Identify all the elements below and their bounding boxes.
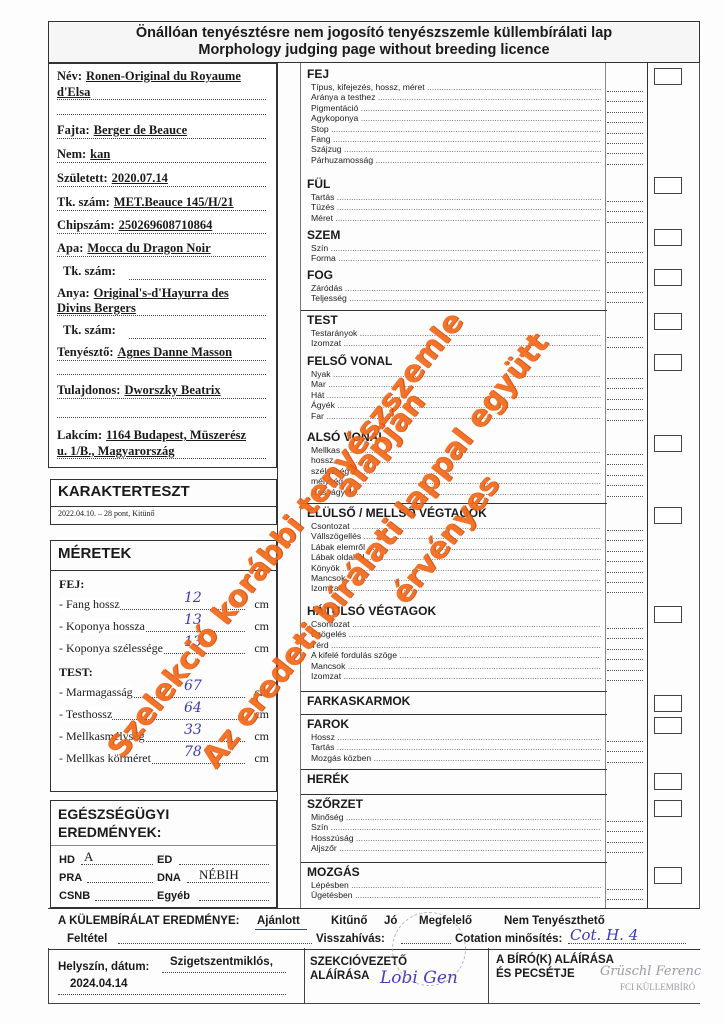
dotted-line [57, 458, 266, 459]
criterion-row: Izomzat [311, 671, 601, 681]
criterion-score-field[interactable] [607, 530, 643, 531]
section-divider [301, 691, 607, 692]
section-title: FEJ [307, 67, 329, 81]
criterion-row: Mancsok [311, 661, 601, 671]
criterion-row: Aljszőr [311, 843, 601, 853]
criterion-score-field[interactable] [607, 262, 643, 263]
criterion-row: Szín [311, 822, 601, 832]
address-field-line2: u. 1/B., Magyarország [57, 444, 266, 459]
criterion-row: Nyak [311, 369, 601, 379]
section-title: FAROK [307, 717, 349, 731]
dotted-line [57, 99, 266, 100]
criterion-row: Mozgás közben [311, 753, 601, 763]
criterion-score-field[interactable] [607, 464, 643, 465]
criterion-score-field[interactable] [607, 831, 643, 832]
birth-date-field: Született:2020.07.14 [57, 171, 266, 186]
criterion-score-field[interactable] [607, 399, 643, 400]
section-title: MOZGÁS [307, 865, 360, 879]
criterion-score-field[interactable] [607, 302, 643, 303]
criterion-score-field[interactable] [607, 122, 643, 123]
divider [488, 948, 489, 1004]
dotted-line [57, 210, 266, 211]
criterion-row: Fang [311, 134, 601, 144]
section-divider [301, 714, 607, 715]
name-field-line2: d'Elsa [57, 85, 266, 100]
criterion-row: Ágyék [311, 400, 601, 410]
measurement-label: - Marmagasság [59, 685, 133, 699]
criterion-score-field[interactable] [607, 454, 643, 455]
criterion-row: Tartás [311, 742, 601, 752]
result-option-recommended[interactable]: Ajánlott [257, 915, 300, 927]
character-test-panel: KARAKTERTESZT 2022.04.10. – 28 pont, Kit… [50, 479, 277, 525]
criterion-score-field[interactable] [607, 638, 643, 639]
measurement-unit: cm [254, 729, 269, 744]
section-score-box[interactable] [654, 269, 682, 286]
judge-signature-label: A BÍRÓ(K) ALÁÍRÁSA [496, 954, 614, 966]
section-title: FARKASKARMOK [307, 694, 410, 708]
dotted-line [58, 994, 286, 995]
character-test-title: KARAKTERTESZT [58, 483, 190, 500]
criterion-score-field[interactable] [607, 222, 643, 223]
signature-band: Helyszín, dátum: Szigetszentmiklós, 2024… [48, 948, 700, 1004]
registration-field: Tk. szám:MET.Beauce 145/H/21 [57, 195, 266, 210]
cotation-value: Cot. H. 4 [570, 926, 638, 944]
result-option-excellent[interactable]: Kitűnő [331, 915, 367, 927]
criterion-score-field[interactable] [607, 164, 643, 165]
sex-field: Nem:kan [57, 147, 266, 162]
criterion-row: Pigmentáció [311, 103, 601, 113]
section-score-box[interactable] [654, 606, 682, 623]
section-divider [301, 862, 607, 863]
divider [51, 845, 276, 846]
dotted-line [57, 256, 266, 257]
criterion-score-field[interactable] [607, 659, 643, 660]
criterion-score-field[interactable] [607, 496, 643, 497]
hd-result: A [84, 849, 93, 865]
criterion-row: Mar [311, 379, 601, 389]
dotted-line [87, 882, 153, 883]
club-stamp [392, 912, 466, 986]
criterion-score-field[interactable] [607, 628, 643, 629]
criterion-score-field[interactable] [607, 388, 643, 389]
criterion-score-field[interactable] [607, 409, 643, 410]
address-field: Lakcím:1164 Budapest, Müszerész [57, 428, 266, 443]
condition-label: Feltétel [67, 933, 107, 945]
criterion-score-field[interactable] [607, 292, 643, 293]
section-title: SZŐRZET [307, 797, 363, 811]
dotted-line [57, 114, 266, 115]
divider [48, 948, 49, 1004]
section-score-box[interactable] [654, 773, 682, 790]
head-measurements-label: FEJ: [59, 577, 84, 592]
criterion-score-field[interactable] [607, 572, 643, 573]
section-leader-label-2: ALÁÍRÁSA [310, 970, 369, 982]
sire-field: Apa:Mocca du Dragon Noir [57, 241, 266, 256]
criterion-row: Minőség [311, 812, 601, 822]
dam-registration-field: Tk. szám: [63, 323, 266, 338]
criterion-score-field[interactable] [607, 420, 643, 421]
section-score-box[interactable] [654, 229, 682, 246]
dotted-line [57, 374, 266, 375]
dam-field-line2: Divins Bergers [57, 301, 266, 316]
dotted-line [57, 398, 266, 399]
dotted-line [179, 864, 269, 865]
section-score-box[interactable] [654, 867, 682, 884]
selected-underline [255, 929, 307, 930]
section-title: TEST [307, 313, 338, 327]
condition-field[interactable] [118, 943, 312, 944]
criterion-row: A kifelé fordulás szöge [311, 650, 601, 660]
owner-field: Tulajdonos:Dworszky Beatrix [57, 383, 266, 398]
section-score-box[interactable] [654, 354, 682, 371]
criterion-row: Térd [311, 640, 601, 650]
result-label: A KÜLEMBÍRÁLAT EREDMÉNYE: [58, 915, 239, 927]
dotted-line [57, 186, 266, 187]
sire-registration-field: Tk. szám: [63, 264, 266, 279]
criterion-row: Csontozat [311, 619, 601, 629]
criterion-score-field[interactable] [607, 540, 643, 541]
column-spacer [277, 63, 301, 908]
body-measurements-label: TEST: [59, 665, 93, 680]
criterion-row: Szájzug [311, 144, 601, 154]
dotted-line [129, 338, 266, 339]
criterion-row: Méret [311, 213, 601, 223]
criterion-score-field[interactable] [607, 582, 643, 583]
section-score-box[interactable] [654, 435, 682, 452]
criterion-row: Tartás [311, 192, 601, 202]
criterion-row: Agykoponya [311, 113, 601, 123]
criterion-score-field[interactable] [607, 670, 643, 671]
measurement-label: - Koponya szélessége [59, 641, 163, 655]
score-column-divider [605, 63, 606, 908]
criterion-row: Forma [311, 253, 601, 263]
criterion-row: Szögelés [311, 629, 601, 639]
section-title: FELSŐ VONAL [307, 354, 392, 368]
criterion-score-field[interactable] [607, 91, 643, 92]
measurement-label: - Koponya hossza [59, 619, 145, 633]
place-date-label: Helyszín, dátum: [58, 961, 149, 973]
criterion-score-field[interactable] [607, 143, 643, 144]
dna-result: NÉBIH [199, 867, 239, 883]
character-test-result: 2022.04.10. – 28 pont, Kitünő [58, 509, 154, 518]
dam-field: Anya:Original's-d'Hayurra des [57, 286, 266, 301]
criterion-row: Hossz [311, 732, 601, 742]
criterion-row: Szín [311, 243, 601, 253]
criterion-score-field[interactable] [607, 201, 643, 202]
criterion-score-field[interactable] [607, 842, 643, 843]
criterion-score-field[interactable] [607, 485, 643, 486]
health-title: EGÉSZSÉGÜGYI EREDMÉNYEK: [58, 805, 169, 841]
chip-field: Chipszám:250269608710864 [57, 218, 266, 233]
criterion-score-field[interactable] [607, 561, 643, 562]
criterion-score-field[interactable] [607, 475, 643, 476]
form-title: Önállóan tenyésztésre nem jogosító tenyé… [48, 21, 700, 63]
section-title: FOG [307, 268, 333, 282]
measurement-label: - Fang hossz [59, 597, 120, 611]
dotted-line [199, 900, 269, 901]
criterion-row: Teljesség [311, 293, 601, 303]
criterion-score-field[interactable] [607, 899, 643, 900]
section-title: SZEM [307, 228, 340, 242]
measurement-value[interactable]: 33 [184, 722, 202, 738]
dog-name: Ronen-Original du Royaume [86, 69, 241, 83]
measurement-value[interactable]: 12 [184, 590, 202, 606]
criterion-row: Aránya a testhez [311, 92, 601, 102]
criterion-score-field[interactable] [607, 153, 643, 154]
criterion-score-field[interactable] [607, 101, 643, 102]
measurement-unit: cm [254, 619, 269, 634]
criterion-row: Tüzés [311, 202, 601, 212]
section-score-box[interactable] [654, 695, 682, 712]
judge-signature-label-2: ÉS PECSÉTJE [496, 968, 575, 980]
criterion-score-field[interactable] [607, 133, 643, 134]
criterion-row: Záródás [311, 283, 601, 293]
measurement-row: - Koponya szélessége13cm [59, 641, 269, 656]
measurement-value[interactable]: 64 [184, 700, 202, 716]
judge-signature: Grüschl Ferenc [600, 964, 701, 979]
criterion-score-field[interactable] [607, 112, 643, 113]
section-score-box[interactable] [654, 800, 682, 817]
measurement-unit: cm [254, 751, 269, 766]
judging-result-band: A KÜLEMBÍRÁLAT EREDMÉNYE: Ajánlott Kitűn… [48, 908, 700, 950]
dotted-line [57, 162, 266, 163]
criterion-row: Ügetésben [311, 890, 601, 900]
place-value: Szigetszentmiklós, [170, 956, 273, 968]
criterion-score-field[interactable] [607, 347, 643, 348]
section-divider [301, 794, 607, 795]
judge-stamp: FCI KÜLLEMBÍRÓ [620, 982, 695, 992]
cotation-label: Cotation minősítés: [455, 933, 562, 945]
criterion-score-field[interactable] [607, 889, 643, 890]
criterion-score-field[interactable] [607, 649, 643, 650]
section-divider [301, 310, 607, 311]
section-score-box[interactable] [654, 717, 682, 734]
criterion-score-field[interactable] [607, 211, 643, 212]
divider [48, 1003, 700, 1004]
date-value: 2024.04.14 [70, 978, 128, 990]
criterion-score-field[interactable] [607, 741, 643, 742]
section-score-box[interactable] [654, 177, 682, 194]
criterion-row: Hosszúság [311, 833, 601, 843]
section-title: HERÉK [307, 772, 349, 786]
criterion-score-field[interactable] [607, 252, 643, 253]
dotted-line [57, 360, 266, 361]
criterion-score-field[interactable] [607, 680, 643, 681]
criterion-score-field[interactable] [607, 378, 643, 379]
measurements-title: MÉRETEK [58, 545, 131, 562]
dotted-line [57, 315, 266, 316]
recall-label: Visszahívás: [316, 933, 385, 945]
dotted-line [129, 279, 266, 280]
breeder-field: Tenyésztő:Agnes Danne Masson [57, 345, 266, 360]
divider [51, 506, 276, 507]
section-score-box[interactable] [654, 313, 682, 330]
section-divider [301, 769, 607, 770]
criterion-score-field[interactable] [607, 852, 643, 853]
divider [304, 948, 305, 1004]
criterion-row: Típus, kifejezés, hossz, méret [311, 82, 601, 92]
criterion-row: Hát [311, 390, 601, 400]
criterion-row: Párhuzamosság [311, 155, 601, 165]
criterion-score-field[interactable] [607, 337, 643, 338]
criterion-score-field[interactable] [607, 762, 643, 763]
breed-field: Fajta:Berger de Beauce [57, 123, 266, 138]
dog-identity-panel: Név:Ronen-Original du Royaume d'Elsa Faj… [48, 63, 277, 468]
criterion-score-field[interactable] [607, 821, 643, 822]
health-results-panel: EGÉSZSÉGÜGYI EREDMÉNYEK: HD A ED PRA DNA… [50, 800, 277, 908]
criterion-score-field[interactable] [607, 751, 643, 752]
section-title: FÜL [307, 177, 330, 191]
criterion-row: Stop [311, 124, 601, 134]
criterion-score-field[interactable] [607, 592, 643, 593]
section-score-box[interactable] [654, 507, 682, 524]
dotted-line [57, 138, 266, 139]
dotted-line [57, 417, 266, 418]
section-score-box[interactable] [654, 68, 682, 85]
criterion-row: Lépésben [311, 880, 601, 890]
criterion-score-field[interactable] [607, 551, 643, 552]
title-hungarian: Önállóan tenyésztésre nem jogosító tenyé… [49, 25, 699, 42]
title-english: Morphology judging page without breeding… [49, 42, 699, 59]
dotted-line [57, 233, 266, 234]
measurement-label: - Testhossz [59, 707, 112, 721]
dotted-line [95, 900, 153, 901]
section-score-column [647, 63, 700, 908]
dotted-line [162, 972, 286, 973]
result-option-good[interactable]: Jó [384, 915, 397, 927]
measurement-unit: cm [254, 641, 269, 656]
name-field: Név:Ronen-Original du Royaume [57, 69, 266, 84]
